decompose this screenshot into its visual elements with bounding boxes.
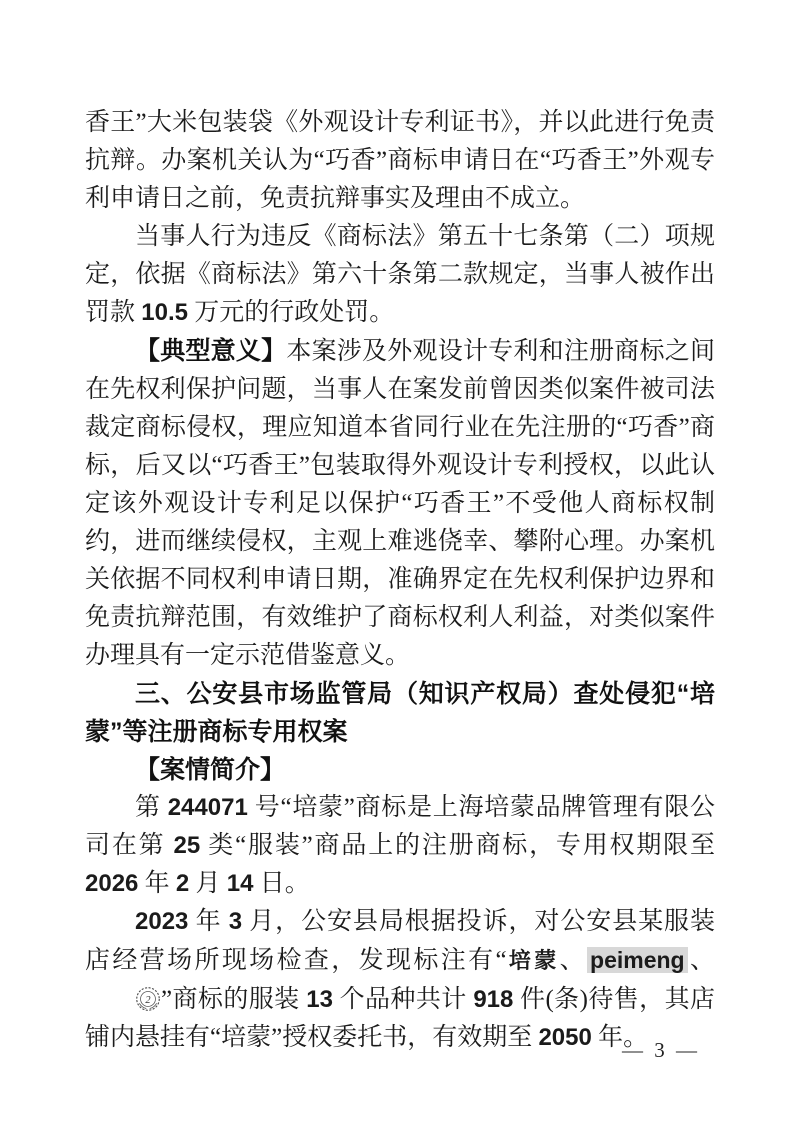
svg-text:2: 2 [145, 995, 150, 1006]
continuation-paragraph: 香王”大米包装袋《外观设计专利证书》，并以此进行免责抗辩。办案机关认为“巧香”商… [85, 104, 715, 218]
brand-separator: 、 [688, 947, 715, 974]
brand-separator: 、 [560, 947, 587, 974]
peimeng-cn-logo: 培蒙 [507, 949, 560, 974]
text-column: 香王”大米包装袋《外观设计专利证书》，并以此进行免责抗辩。办案机关认为“巧香”商… [85, 104, 715, 1057]
typical-significance-label: 【典型意义】 [135, 337, 286, 365]
circular-laurel-seal-icon: 2 [85, 986, 161, 1012]
typical-significance-paragraph: 【典型意义】本案涉及外观设计专利和注册商标之间在先权利保护问题，当事人在案发前曾… [85, 332, 715, 675]
case3-section-heading: 三、公安县市场监管局（知识产权局）查处侵犯“培蒙”等注册商标专用权案 [85, 675, 715, 751]
trademark-registration-paragraph: 第 244071 号“培蒙”商标是上海培蒙品牌管理有限公司在第 25 类“服装”… [85, 789, 715, 903]
peimeng-en-logo: peimeng [587, 947, 688, 973]
case-brief-heading: 【案情简介】 [85, 751, 715, 789]
inspection-text-after: ”商标的服装 13 个品种共计 918 件(条)待售，其店铺内悬挂有“培蒙”授权… [85, 986, 715, 1051]
penalty-decision-paragraph: 当事人行为违反《商标法》第五十七条第（二）项规定，依据《商标法》第六十条第二款规… [85, 218, 715, 332]
inspection-paragraph: 2023 年 3 月，公安县局根据投诉，对公安县某服装店经营场所现场检查，发现标… [85, 903, 715, 1057]
page-number: — 3 — [622, 1038, 700, 1063]
typical-significance-text: 本案涉及外观设计专利和注册商标之间在先权利保护问题，当事人在案发前曾因类似案件被… [85, 338, 715, 669]
document-page: 香王”大米包装袋《外观设计专利证书》，并以此进行免责抗辩。办案机关认为“巧香”商… [0, 0, 793, 1122]
